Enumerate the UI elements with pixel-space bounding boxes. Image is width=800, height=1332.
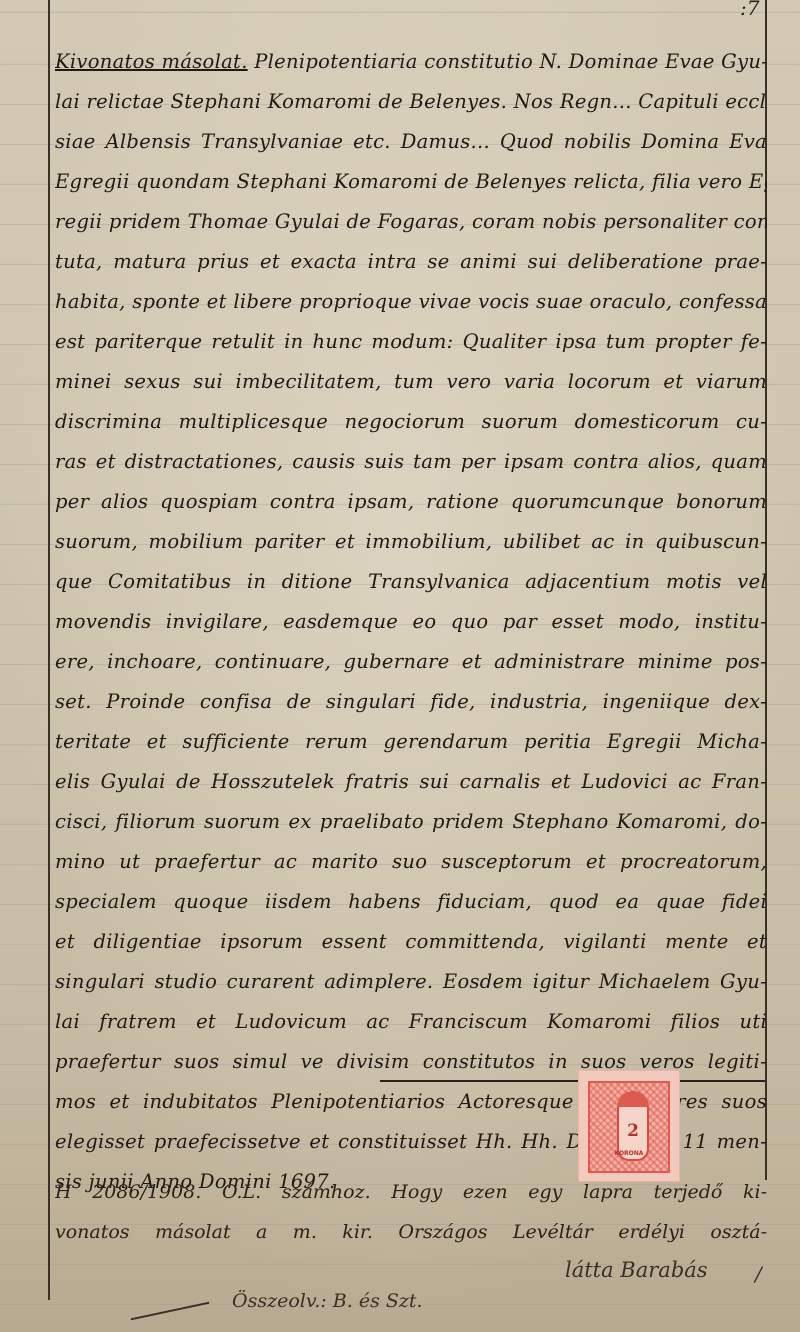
text-line: set. Proinde confisa de singulari fide, …: [55, 682, 767, 722]
archive-note-line-2: vonatos másolat a m. kir. Országos Levél…: [55, 1212, 767, 1252]
document-heading: Kivonatos másolat.: [55, 50, 248, 73]
text-line: mino ut praefertur ac marito suo suscept…: [55, 842, 767, 882]
text-line: ere, inchoare, continuare, gubernare et …: [55, 642, 767, 682]
crown-icon: [617, 1091, 649, 1107]
text-line: discrimina multiplicesque negociorum suo…: [55, 402, 767, 442]
text-line: siae Albensis Transylvaniae etc. Damus..…: [55, 122, 767, 162]
text-line: regii pridem Thomae Gyulai de Fogaras, c…: [55, 202, 767, 242]
text-line: cisci, filiorum suorum ex praelibato pri…: [55, 802, 767, 842]
text-line: movendis invigilare, easdemque eo quo pa…: [55, 602, 767, 642]
left-margin-line: [48, 0, 50, 1300]
text-line: que Comitatibus in ditione Transylvanica…: [55, 562, 767, 602]
tick-mark: /: [755, 1262, 762, 1286]
page-number-mark: :7: [740, 0, 759, 20]
revenue-stamp: 2 KORONA: [578, 1070, 680, 1182]
text-line: lai relictae Stephani Komaromi de Beleny…: [55, 82, 767, 122]
text-line: ras et distractationes, causis suis tam …: [55, 442, 767, 482]
closing-rule-line: [380, 1080, 765, 1082]
latin-transcript: Kivonatos másolat. Plenipotentiaria cons…: [55, 42, 767, 1202]
manuscript-page: :7 Kivonatos másolat. Plenipotentiaria c…: [0, 0, 800, 1332]
text-line: singulari studio curarent adimplere. Eos…: [55, 962, 767, 1002]
text-line: minei sexus sui imbecilitatem, tum vero …: [55, 362, 767, 402]
text-line: et diligentiae ipsorum essent committend…: [55, 922, 767, 962]
text-line: specialem quoque iisdem habens fiduciam,…: [55, 882, 767, 922]
text-line: est pariterque retulit in hunc modum: Qu…: [55, 322, 767, 362]
text-line-1: Kivonatos másolat. Plenipotentiaria cons…: [55, 42, 767, 82]
text-line: tuta, matura prius et exacta intra se an…: [55, 242, 767, 282]
stamp-value: 2: [619, 1121, 647, 1141]
text-line: lai fratrem et Ludovicum ac Franciscum K…: [55, 1002, 767, 1042]
text-line-content: Plenipotentiaria constitutio N. Dominae …: [254, 50, 767, 73]
collation-note: Összeolv.: B. és Szt.: [232, 1290, 423, 1312]
seen-by-signature: látta Barabás: [565, 1258, 708, 1282]
text-line: suorum, mobilium pariter et immobilium, …: [55, 522, 767, 562]
text-line: per alios quospiam contra ipsam, ratione…: [55, 482, 767, 522]
text-line: elis Gyulai de Hosszutelek fratris sui c…: [55, 762, 767, 802]
stamp-ornament: 2 KORONA: [588, 1081, 670, 1173]
stamp-unit: KORONA: [590, 1150, 668, 1157]
text-line: habita, sponte et libere proprioque viva…: [55, 282, 767, 322]
text-line: teritate et sufficiente rerum gerendarum…: [55, 722, 767, 762]
text-line: Egregii quondam Stephani Komaromi de Bel…: [55, 162, 767, 202]
archive-note-line-1: H 2086/1908. O.L. számhoz. Hogy ezen egy…: [55, 1172, 767, 1212]
